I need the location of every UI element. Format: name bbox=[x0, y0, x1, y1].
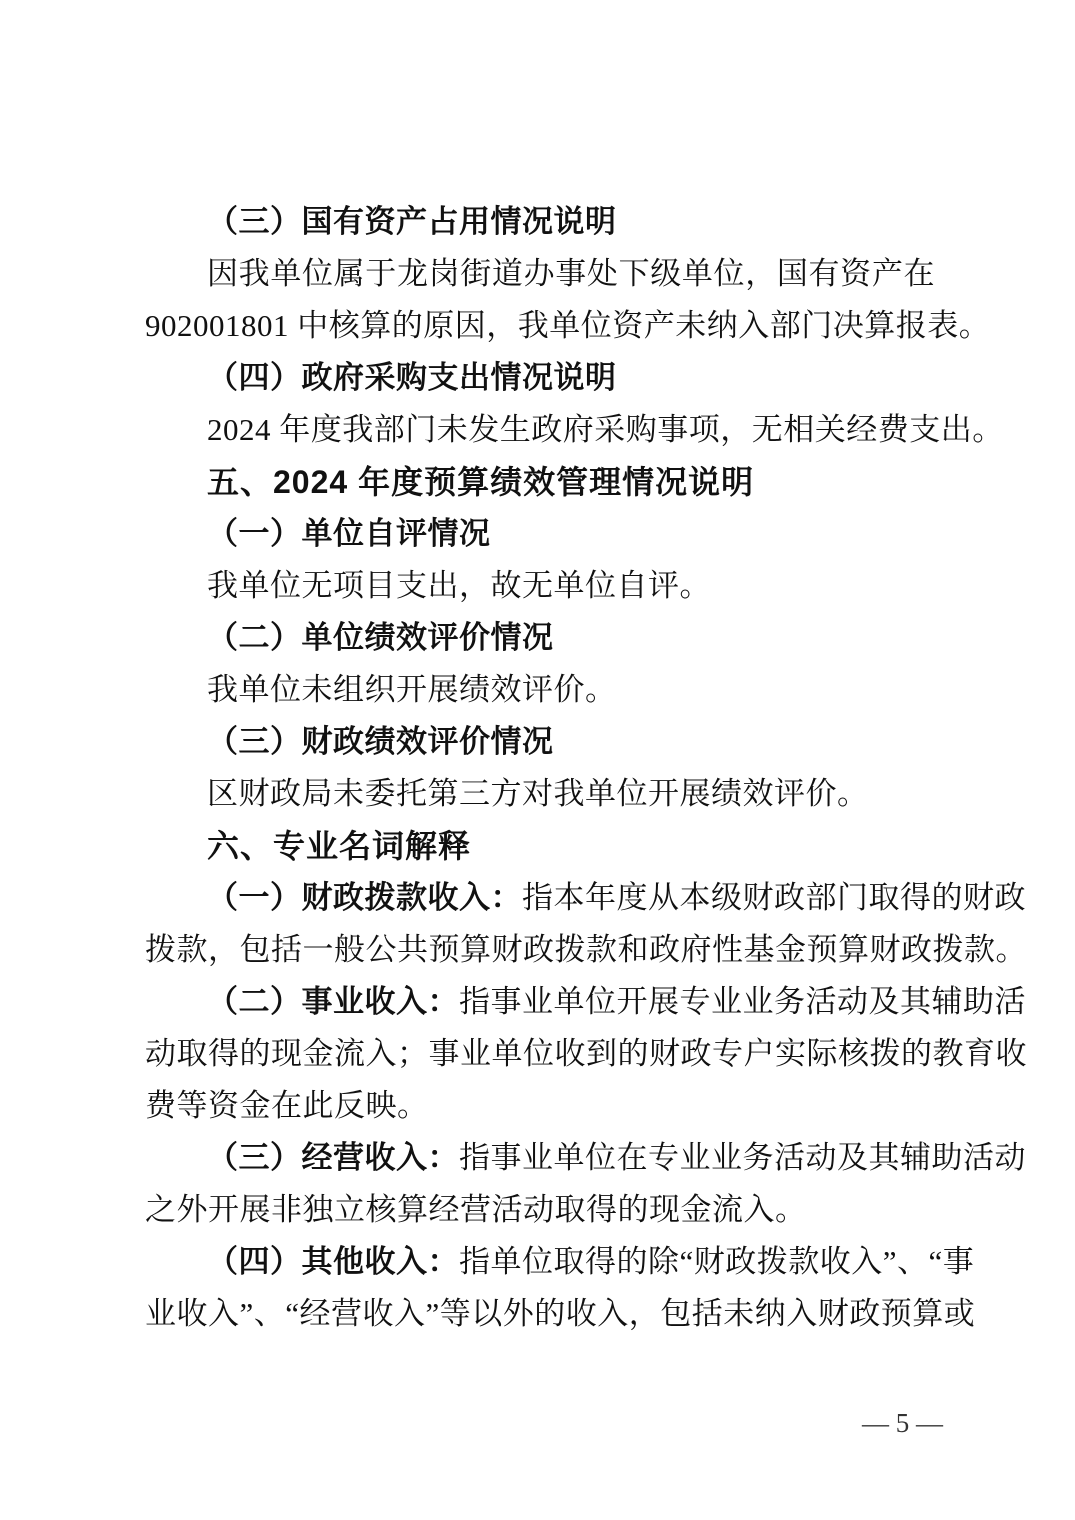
body-text-line: 业收入”、“经营收入”等以外的收入，包括未纳入财政预算或 bbox=[145, 1288, 935, 1340]
section-heading-line: 五、2024 年度预算绩效管理情况说明 bbox=[145, 456, 935, 508]
body-text-line: （一）财政拨款收入：指本年度从本级财政部门取得的财政 bbox=[145, 872, 935, 924]
body-text-line: （三）经营收入：指事业单位在专业业务活动及其辅助活动 bbox=[145, 1132, 935, 1184]
body-text-line: （四）其他收入：指单位取得的除“财政拨款收入”、“事 bbox=[145, 1236, 935, 1288]
body-text-line: 902001801 中核算的原因，我单位资产未纳入部门决算报表。 bbox=[145, 300, 935, 352]
body-text-line: （二）事业收入：指事业单位开展专业业务活动及其辅助活 bbox=[145, 976, 935, 1028]
page-number: — 5 — bbox=[862, 1408, 943, 1438]
document-content: （三）国有资产占用情况说明因我单位属于龙岗街道办事处下级单位，国有资产在9020… bbox=[145, 196, 935, 1340]
page-footer: — 5 — bbox=[862, 1405, 943, 1441]
term-label: （一）财政拨款收入： bbox=[207, 880, 522, 915]
body-text-line: 之外开展非独立核算经营活动取得的现金流入。 bbox=[145, 1184, 935, 1236]
section-heading-line: 六、专业名词解释 bbox=[145, 820, 935, 872]
body-text-line: 拨款，包括一般公共预算财政拨款和政府性基金预算财政拨款。 bbox=[145, 924, 935, 976]
document-page: （三）国有资产占用情况说明因我单位属于龙岗街道办事处下级单位，国有资产在9020… bbox=[0, 0, 1075, 1520]
body-text-line: 我单位未组织开展绩效评价。 bbox=[145, 664, 935, 716]
body-text-line: 动取得的现金流入；事业单位收到的财政专户实际核拨的教育收 bbox=[145, 1028, 935, 1080]
sub-heading-line: （二）单位绩效评价情况 bbox=[145, 612, 935, 664]
sub-heading-line: （一）单位自评情况 bbox=[145, 508, 935, 560]
term-label: （三）经营收入： bbox=[207, 1140, 459, 1175]
body-text-line: 我单位无项目支出，故无单位自评。 bbox=[145, 560, 935, 612]
term-label: （二）事业收入： bbox=[207, 984, 459, 1019]
body-text-line: 因我单位属于龙岗街道办事处下级单位，国有资产在 bbox=[145, 248, 935, 300]
body-text-line: 2024 年度我部门未发生政府采购事项，无相关经费支出。 bbox=[145, 404, 935, 456]
body-text-line: 费等资金在此反映。 bbox=[145, 1080, 935, 1132]
sub-heading-line: （三）财政绩效评价情况 bbox=[145, 716, 935, 768]
sub-heading-line: （四）政府采购支出情况说明 bbox=[145, 352, 935, 404]
body-text-line: 区财政局未委托第三方对我单位开展绩效评价。 bbox=[145, 768, 935, 820]
sub-heading-line: （三）国有资产占用情况说明 bbox=[145, 196, 935, 248]
term-label: （四）其他收入： bbox=[207, 1244, 459, 1279]
